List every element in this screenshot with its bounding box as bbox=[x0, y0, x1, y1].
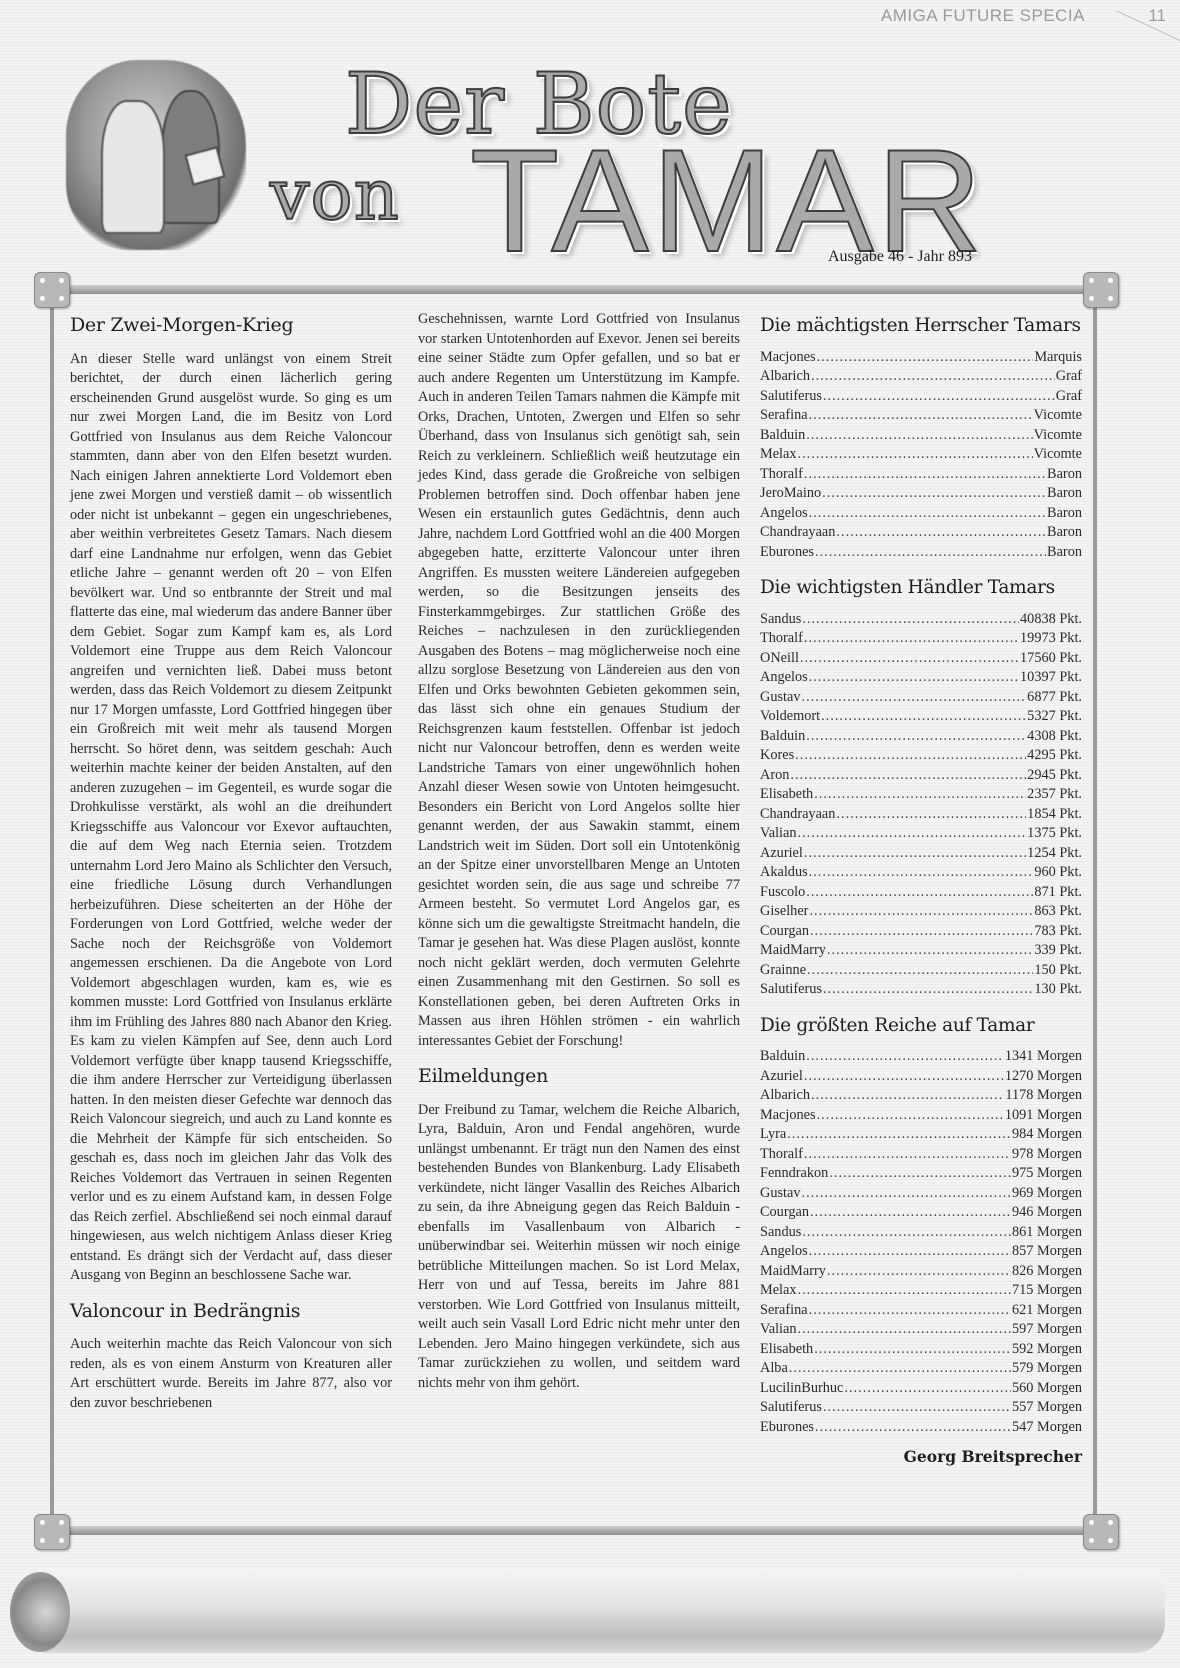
list-item-name: Elisabeth bbox=[760, 1340, 813, 1360]
list-item-value: Vicomte bbox=[1034, 445, 1082, 465]
dot-leader bbox=[798, 1281, 1011, 1301]
list-item: Akaldus960 Pkt. bbox=[760, 863, 1082, 883]
list-item: Courgan783 Pkt. bbox=[760, 922, 1082, 942]
list-item-value: 6877 Pkt. bbox=[1027, 688, 1082, 708]
list-item: Macjones1091 Morgen bbox=[760, 1106, 1082, 1126]
list-item-value: 857 Morgen bbox=[1012, 1242, 1082, 1262]
list-item: Voldemort5327 Pkt. bbox=[760, 707, 1082, 727]
dot-leader bbox=[811, 367, 1055, 387]
dot-leader bbox=[809, 1301, 1011, 1321]
list-item-name: Melax bbox=[760, 1281, 797, 1301]
dot-leader bbox=[795, 746, 1026, 766]
dot-leader bbox=[790, 766, 1026, 786]
list-item-name: Aron bbox=[760, 766, 789, 786]
dot-leader bbox=[810, 922, 1033, 942]
dot-leader bbox=[809, 902, 1033, 922]
list-item-name: Courgan bbox=[760, 922, 809, 942]
list-item-value: 17560 Pkt. bbox=[1020, 649, 1082, 669]
list-item: Salutiferus557 Morgen bbox=[760, 1398, 1082, 1418]
article-heading: Der Zwei-Morgen-Krieg bbox=[70, 316, 392, 336]
list-item-value: 969 Morgen bbox=[1012, 1184, 1082, 1204]
list-item-value: 5327 Pkt. bbox=[1027, 707, 1082, 727]
rulers-list: MacjonesMarquisAlbarichGrafSalutiferusGr… bbox=[760, 348, 1082, 563]
list-item-name: Sandus bbox=[760, 610, 801, 630]
list-item-value: 978 Morgen bbox=[1012, 1145, 1082, 1165]
list-item-value: 130 Pkt. bbox=[1034, 980, 1082, 1000]
dot-leader bbox=[815, 543, 1046, 563]
list-item-name: Serafina bbox=[760, 406, 808, 426]
dot-leader bbox=[802, 1184, 1011, 1204]
list-item: MacjonesMarquis bbox=[760, 348, 1082, 368]
list-item: Azuriel1270 Morgen bbox=[760, 1067, 1082, 1087]
article-body: An dieser Stelle ward unlängst von einem… bbox=[70, 350, 392, 1286]
dot-leader bbox=[804, 465, 1046, 485]
list-item-value: Marquis bbox=[1034, 348, 1082, 368]
list-item-value: 40838 Pkt. bbox=[1020, 610, 1082, 630]
list-item-name: Macjones bbox=[760, 348, 816, 368]
dot-leader bbox=[814, 1340, 1011, 1360]
list-item-name: LucilinBurhuc bbox=[760, 1379, 843, 1399]
list-item-value: 4295 Pkt. bbox=[1027, 746, 1082, 766]
dot-leader bbox=[836, 523, 1046, 543]
list-item: Kores4295 Pkt. bbox=[760, 746, 1082, 766]
list-item: EburonesBaron bbox=[760, 543, 1082, 563]
list-item-value: 1270 Morgen bbox=[1005, 1067, 1082, 1087]
list-item-value: 1375 Pkt. bbox=[1027, 824, 1082, 844]
list-item-value: Baron bbox=[1047, 504, 1082, 524]
dot-leader bbox=[827, 1262, 1011, 1282]
dot-leader bbox=[823, 1398, 1011, 1418]
list-item-value: 547 Morgen bbox=[1012, 1418, 1082, 1438]
list-item-value: 10397 Pkt. bbox=[1020, 668, 1082, 688]
list-item-value: 557 Morgen bbox=[1012, 1398, 1082, 1418]
list-item-name: Serafina bbox=[760, 1301, 808, 1321]
dot-leader bbox=[827, 941, 1033, 961]
column-1: Der Zwei-Morgen-Krieg An dieser Stelle w… bbox=[70, 300, 392, 1413]
list-item: Courgan946 Morgen bbox=[760, 1203, 1082, 1223]
list-item-name: Alba bbox=[760, 1359, 788, 1379]
list-item-name: Voldemort bbox=[760, 707, 820, 727]
list-item-name: Gustav bbox=[760, 1184, 801, 1204]
list-item-name: Giselher bbox=[760, 902, 808, 922]
dot-leader bbox=[809, 863, 1034, 883]
list-item-value: 339 Pkt. bbox=[1034, 941, 1082, 961]
list-item-name: Sandus bbox=[760, 1223, 801, 1243]
list-item-value: Baron bbox=[1047, 543, 1082, 563]
list-item: ONeill17560 Pkt. bbox=[760, 649, 1082, 669]
dot-leader bbox=[798, 824, 1027, 844]
traders-heading: Die wichtigsten Händler Tamars bbox=[760, 578, 1082, 598]
dot-leader bbox=[798, 445, 1033, 465]
list-item: Eburones547 Morgen bbox=[760, 1418, 1082, 1438]
dot-leader bbox=[822, 484, 1046, 504]
dot-leader bbox=[809, 1242, 1011, 1262]
list-item-value: 597 Morgen bbox=[1012, 1320, 1082, 1340]
list-item: Gustav969 Morgen bbox=[760, 1184, 1082, 1204]
dot-leader bbox=[809, 504, 1046, 524]
dot-leader bbox=[823, 980, 1033, 1000]
dot-leader bbox=[806, 727, 1026, 747]
list-item-name: Angelos bbox=[760, 504, 808, 524]
list-item-name: Gustav bbox=[760, 688, 801, 708]
list-item-value: Vicomte bbox=[1034, 426, 1082, 446]
list-item-value: 560 Morgen bbox=[1012, 1379, 1082, 1399]
list-item-value: 1091 Morgen bbox=[1005, 1106, 1082, 1126]
masthead-title-von: von bbox=[270, 160, 400, 230]
list-item-name: Akaldus bbox=[760, 863, 808, 883]
dot-leader bbox=[802, 688, 1027, 708]
dot-leader bbox=[804, 629, 1019, 649]
list-item-name: Thoralf bbox=[760, 629, 803, 649]
list-item-value: Graf bbox=[1056, 387, 1082, 407]
list-item-value: 150 Pkt. bbox=[1034, 961, 1082, 981]
dot-leader bbox=[829, 1164, 1011, 1184]
list-item-value: 984 Morgen bbox=[1012, 1125, 1082, 1145]
list-item: MaidMarry339 Pkt. bbox=[760, 941, 1082, 961]
list-item: Fuscolo871 Pkt. bbox=[760, 883, 1082, 903]
dot-leader bbox=[844, 1379, 1011, 1399]
list-item-name: Kores bbox=[760, 746, 794, 766]
list-item: Fenndrakon975 Morgen bbox=[760, 1164, 1082, 1184]
rulers-heading: Die mächtigsten Herrscher Tamars bbox=[760, 316, 1082, 336]
list-item: Elisabeth592 Morgen bbox=[760, 1340, 1082, 1360]
list-item-value: 715 Morgen bbox=[1012, 1281, 1082, 1301]
list-item-value: Baron bbox=[1047, 484, 1082, 504]
list-item-value: Baron bbox=[1047, 523, 1082, 543]
list-item-name: Valian bbox=[760, 1320, 797, 1340]
list-item: Valian1375 Pkt. bbox=[760, 824, 1082, 844]
list-item-name: Chandrayaan bbox=[760, 805, 835, 825]
frame-corner-knob-icon bbox=[34, 272, 70, 308]
list-item-value: 579 Morgen bbox=[1012, 1359, 1082, 1379]
list-item: Angelos10397 Pkt. bbox=[760, 668, 1082, 688]
list-item-name: JeroMaino bbox=[760, 484, 821, 504]
dot-leader bbox=[789, 1359, 1011, 1379]
list-item-value: 621 Morgen bbox=[1012, 1301, 1082, 1321]
frame-corner-knob-icon bbox=[1083, 1514, 1119, 1550]
list-item: Alba579 Morgen bbox=[760, 1359, 1082, 1379]
list-item: Chandrayaan1854 Pkt. bbox=[760, 805, 1082, 825]
dot-leader bbox=[823, 387, 1055, 407]
dot-leader bbox=[817, 348, 1034, 368]
scroll-frame-top bbox=[56, 285, 1096, 294]
dot-leader bbox=[821, 707, 1026, 727]
list-item-name: Grainne bbox=[760, 961, 806, 981]
list-item: MaidMarry826 Morgen bbox=[760, 1262, 1082, 1282]
dot-leader bbox=[787, 1125, 1011, 1145]
article-heading: Eilmeldungen bbox=[418, 1067, 740, 1087]
list-item-name: Albarich bbox=[760, 1086, 810, 1106]
dot-leader bbox=[806, 1047, 1004, 1067]
list-item-name: Angelos bbox=[760, 668, 808, 688]
dot-leader bbox=[802, 610, 1019, 630]
list-item: Grainne150 Pkt. bbox=[760, 961, 1082, 981]
list-item: Sandus861 Morgen bbox=[760, 1223, 1082, 1243]
dot-leader bbox=[804, 1145, 1011, 1165]
list-item: Serafina621 Morgen bbox=[760, 1301, 1082, 1321]
article-heading: Valoncour in Bedrängnis bbox=[70, 1302, 392, 1322]
list-item-value: 826 Morgen bbox=[1012, 1262, 1082, 1282]
scroll-frame-left bbox=[50, 290, 54, 1530]
list-item-name: Albarich bbox=[760, 367, 810, 387]
list-item: SalutiferusGraf bbox=[760, 387, 1082, 407]
dot-leader bbox=[798, 1320, 1011, 1340]
list-item: AlbarichGraf bbox=[760, 367, 1082, 387]
list-item-name: Azuriel bbox=[760, 844, 803, 864]
list-item: Valian597 Morgen bbox=[760, 1320, 1082, 1340]
list-item: Giselher863 Pkt. bbox=[760, 902, 1082, 922]
list-item: ThoralfBaron bbox=[760, 465, 1082, 485]
dot-leader bbox=[810, 1203, 1011, 1223]
issue-line: Ausgabe 46 - Jahr 893 bbox=[828, 248, 972, 266]
list-item-name: Fenndrakon bbox=[760, 1164, 828, 1184]
list-item-value: 975 Morgen bbox=[1012, 1164, 1082, 1184]
list-item-name: Thoralf bbox=[760, 465, 803, 485]
dot-leader bbox=[804, 1067, 1004, 1087]
list-item: LucilinBurhuc560 Morgen bbox=[760, 1379, 1082, 1399]
list-item-name: Lyra bbox=[760, 1125, 786, 1145]
list-item-name: Eburones bbox=[760, 543, 814, 563]
article-body: Auch weiterhin machte das Reich Valoncou… bbox=[70, 1335, 392, 1413]
list-item: SerafinaVicomte bbox=[760, 406, 1082, 426]
scholars-illustration-icon bbox=[66, 60, 246, 250]
list-item: Melax715 Morgen bbox=[760, 1281, 1082, 1301]
dot-leader bbox=[809, 668, 1019, 688]
list-item-name: Chandrayaan bbox=[760, 523, 835, 543]
column-3: Die mächtigsten Herrscher Tamars Macjone… bbox=[760, 300, 1082, 1467]
list-item-name: MaidMarry bbox=[760, 1262, 826, 1282]
list-item-name: Salutiferus bbox=[760, 387, 822, 407]
list-item-value: 863 Pkt. bbox=[1034, 902, 1082, 922]
scroll-frame-right bbox=[1093, 290, 1097, 1530]
dot-leader bbox=[804, 844, 1026, 864]
list-item-name: Thoralf bbox=[760, 1145, 803, 1165]
list-item-name: Balduin bbox=[760, 1047, 805, 1067]
parchment-scroll-roll bbox=[10, 1568, 1165, 1653]
list-item: MelaxVicomte bbox=[760, 445, 1082, 465]
list-item: Balduin1341 Morgen bbox=[760, 1047, 1082, 1067]
list-item-name: Eburones bbox=[760, 1418, 814, 1438]
realms-list: Balduin1341 MorgenAzuriel1270 MorgenAlba… bbox=[760, 1047, 1082, 1437]
list-item-value: 1178 Morgen bbox=[1005, 1086, 1082, 1106]
list-item-value: 1254 Pkt. bbox=[1027, 844, 1082, 864]
list-item: JeroMainoBaron bbox=[760, 484, 1082, 504]
author-byline: Georg Breitsprecher bbox=[760, 1447, 1082, 1467]
list-item: Balduin4308 Pkt. bbox=[760, 727, 1082, 747]
list-item-name: Melax bbox=[760, 445, 797, 465]
list-item-value: 1854 Pkt. bbox=[1027, 805, 1082, 825]
list-item-value: 19973 Pkt. bbox=[1020, 629, 1082, 649]
list-item: Albarich1178 Morgen bbox=[760, 1086, 1082, 1106]
list-item-value: 2357 Pkt. bbox=[1027, 785, 1082, 805]
traders-list: Sandus40838 Pkt.Thoralf19973 Pkt.ONeill1… bbox=[760, 610, 1082, 1000]
list-item-name: Balduin bbox=[760, 727, 805, 747]
list-item-value: Baron bbox=[1047, 465, 1082, 485]
list-item: Gustav6877 Pkt. bbox=[760, 688, 1082, 708]
list-item-name: Courgan bbox=[760, 1203, 809, 1223]
list-item: Salutiferus130 Pkt. bbox=[760, 980, 1082, 1000]
dot-leader bbox=[802, 1223, 1011, 1243]
list-item-value: 783 Pkt. bbox=[1034, 922, 1082, 942]
list-item-name: Salutiferus bbox=[760, 1398, 822, 1418]
frame-corner-knob-icon bbox=[34, 1514, 70, 1550]
dot-leader bbox=[815, 1418, 1011, 1438]
dot-leader bbox=[806, 426, 1032, 446]
article-body-continued: Geschehnissen, warnte Lord Gottfried von… bbox=[418, 310, 740, 1051]
dot-leader bbox=[800, 649, 1019, 669]
column-2: Geschehnissen, warnte Lord Gottfried von… bbox=[418, 310, 740, 1393]
list-item: Angelos857 Morgen bbox=[760, 1242, 1082, 1262]
list-item-name: Fuscolo bbox=[760, 883, 805, 903]
list-item-name: Azuriel bbox=[760, 1067, 803, 1087]
list-item: BalduinVicomte bbox=[760, 426, 1082, 446]
dot-leader bbox=[814, 785, 1026, 805]
list-item: ChandrayaanBaron bbox=[760, 523, 1082, 543]
realms-heading: Die größten Reiche auf Tamar bbox=[760, 1016, 1082, 1036]
list-item: AngelosBaron bbox=[760, 504, 1082, 524]
list-item-value: Graf bbox=[1056, 367, 1082, 387]
list-item: Azuriel1254 Pkt. bbox=[760, 844, 1082, 864]
list-item-value: 871 Pkt. bbox=[1034, 883, 1082, 903]
list-item: Thoralf978 Morgen bbox=[760, 1145, 1082, 1165]
masthead: Der Bote von TAMAR Ausgabe 46 - Jahr 893 bbox=[0, 0, 1180, 280]
dot-leader bbox=[807, 961, 1033, 981]
list-item-value: 1341 Morgen bbox=[1005, 1047, 1082, 1067]
list-item-value: Vicomte bbox=[1034, 406, 1082, 426]
dot-leader bbox=[809, 406, 1033, 426]
dot-leader bbox=[836, 805, 1026, 825]
dot-leader bbox=[811, 1086, 1004, 1106]
scroll-frame-bottom bbox=[56, 1526, 1096, 1535]
dot-leader bbox=[817, 1106, 1004, 1126]
list-item-name: ONeill bbox=[760, 649, 799, 669]
list-item-value: 2945 Pkt. bbox=[1027, 766, 1082, 786]
list-item: Elisabeth2357 Pkt. bbox=[760, 785, 1082, 805]
list-item: Thoralf19973 Pkt. bbox=[760, 629, 1082, 649]
list-item: Aron2945 Pkt. bbox=[760, 766, 1082, 786]
article-body: Der Freibund zu Tamar, welchem die Reich… bbox=[418, 1101, 740, 1394]
list-item-name: Elisabeth bbox=[760, 785, 813, 805]
list-item-value: 861 Morgen bbox=[1012, 1223, 1082, 1243]
list-item-name: Valian bbox=[760, 824, 797, 844]
list-item-name: Macjones bbox=[760, 1106, 816, 1126]
dot-leader bbox=[806, 883, 1033, 903]
list-item: Sandus40838 Pkt. bbox=[760, 610, 1082, 630]
list-item-name: MaidMarry bbox=[760, 941, 826, 961]
scroll-curl-icon bbox=[10, 1572, 70, 1652]
list-item-value: 4308 Pkt. bbox=[1027, 727, 1082, 747]
list-item-value: 960 Pkt. bbox=[1034, 863, 1082, 883]
frame-corner-knob-icon bbox=[1083, 272, 1119, 308]
list-item: Lyra984 Morgen bbox=[760, 1125, 1082, 1145]
list-item-value: 946 Morgen bbox=[1012, 1203, 1082, 1223]
list-item-value: 592 Morgen bbox=[1012, 1340, 1082, 1360]
list-item-name: Balduin bbox=[760, 426, 805, 446]
list-item-name: Salutiferus bbox=[760, 980, 822, 1000]
list-item-name: Angelos bbox=[760, 1242, 808, 1262]
